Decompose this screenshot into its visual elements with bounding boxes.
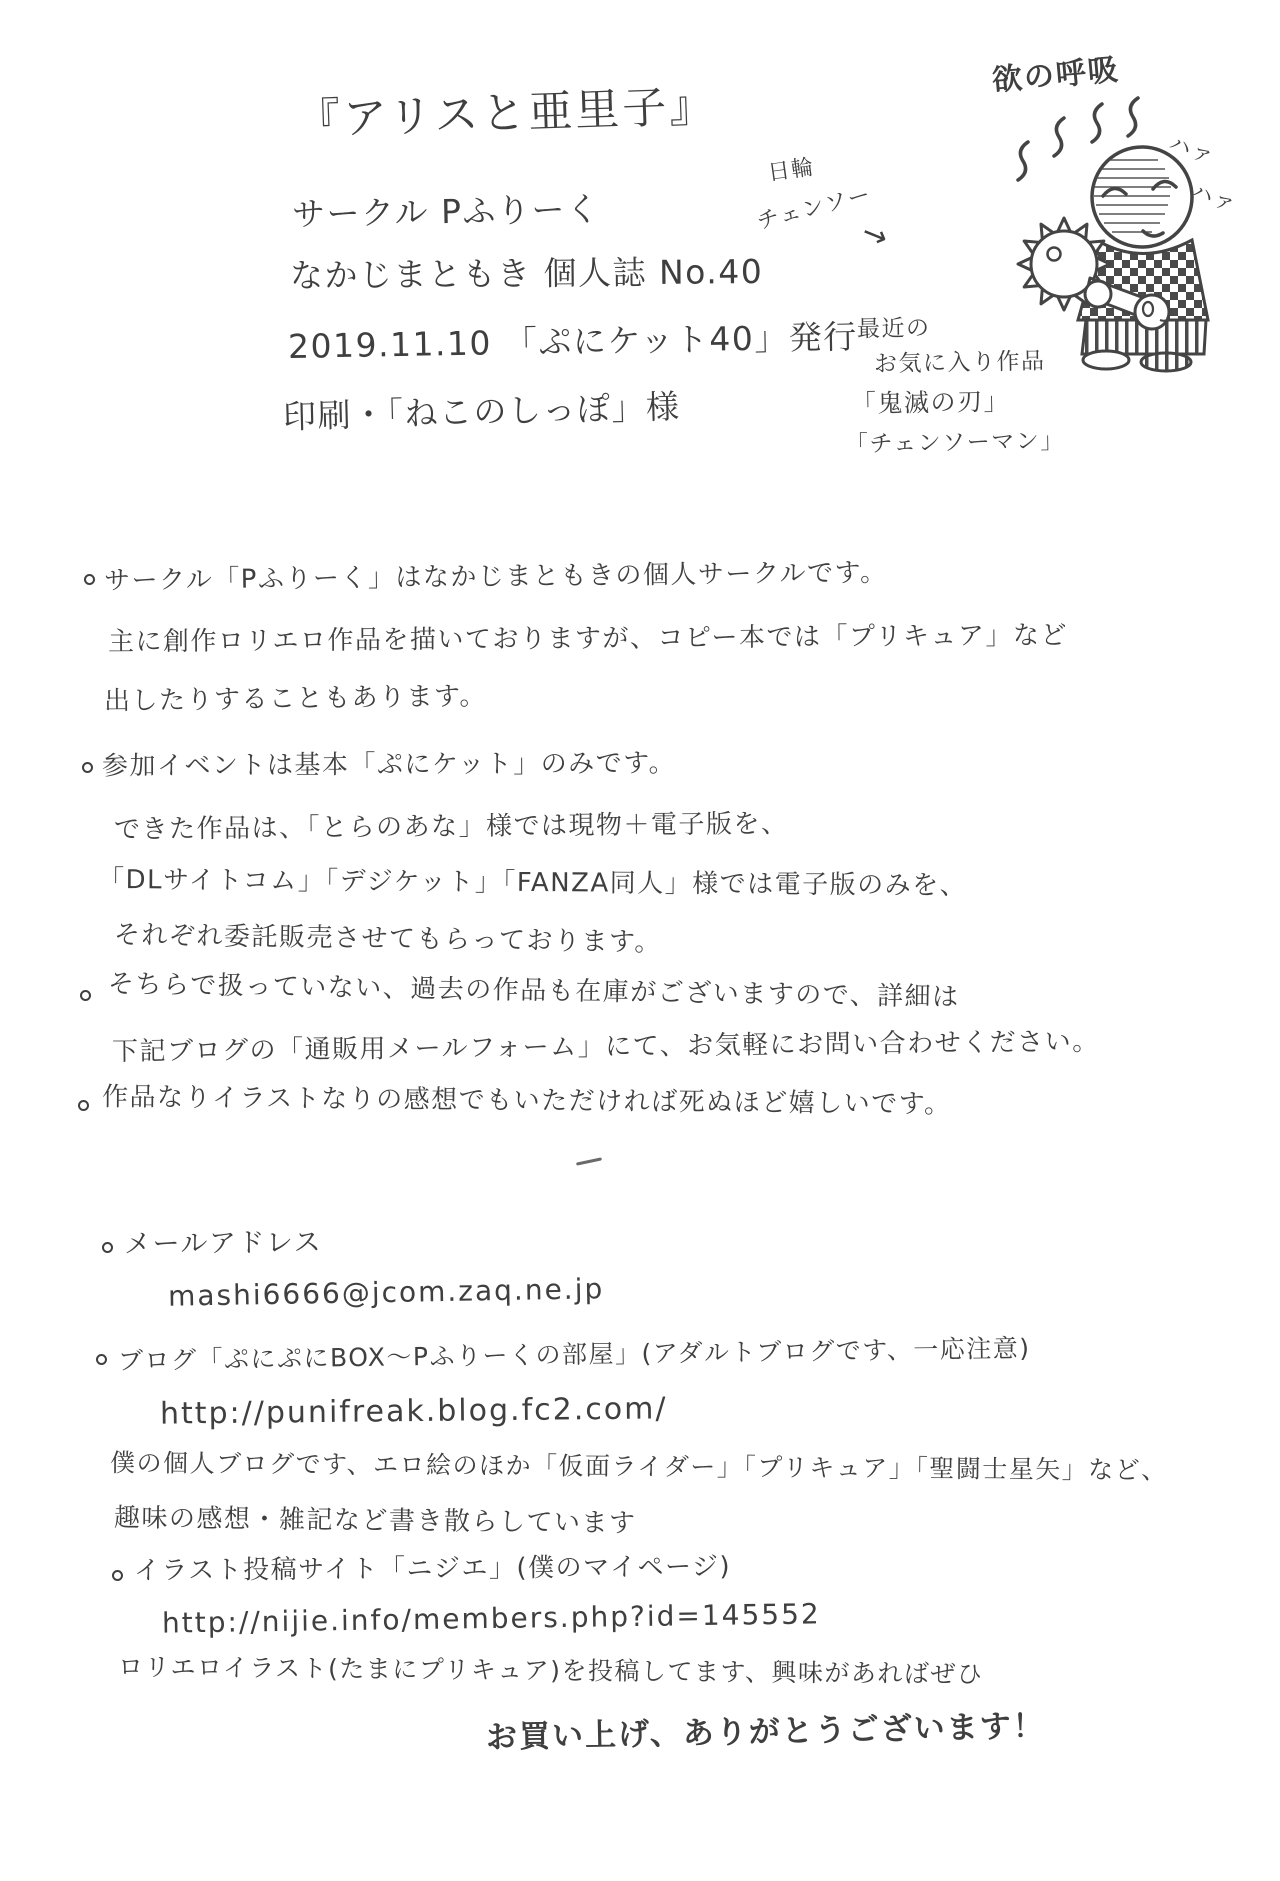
doodle-caption-line-4: 「チェンソーマン」	[845, 428, 1065, 459]
note-circle-intro-line-2: 主に創作ロリエロ作品を描いておりますが、コピー本では「プリキュア」など	[108, 621, 1068, 659]
illustration-site-label: イラスト投稿サイト「ニジエ」(僕のマイページ)	[134, 1552, 731, 1587]
doodle-caption-line-1: 最近の	[857, 315, 931, 344]
document-page: { "header": { "title": "『アリスと亜里子』", "cir…	[0, 0, 1280, 1881]
bullet-marker	[82, 762, 93, 773]
bullet-marker	[80, 990, 91, 1001]
email-address: mashi6666@jcom.zaq.ne.jp	[168, 1272, 605, 1313]
book-title: 『アリスと亜里子』	[295, 81, 717, 148]
blog-desc-line-2: 趣味の感想・雑記など書き散らしています	[114, 1503, 637, 1540]
bullet-marker	[96, 1354, 107, 1365]
thanks-message: お買い上げ、ありがとうございます！	[486, 1708, 1046, 1757]
note-stock-line-2: 下記ブログの「通販用メールフォーム」にて、お気軽にお問い合わせください。	[112, 1027, 1100, 1069]
bullet-marker	[102, 1242, 113, 1253]
note-stock-line-1: そちらで扱っていない、過去の作品も在庫がございますので、詳細は	[108, 969, 960, 1014]
note-events-line-4: それぞれ委託販売させてもらっております。	[114, 920, 662, 959]
blog-title: ブログ「ぷにぷにBOX〜Pふりーくの部屋」(アダルトブログです、一応注意)	[118, 1334, 1031, 1377]
doodle-chainsaw-label-1: 日輪	[766, 155, 816, 188]
blog-url: http://punifreak.blog.fc2.com/	[160, 1391, 668, 1432]
circle-name-line: サークル Pふりーく	[292, 189, 601, 234]
character-head	[1092, 147, 1192, 247]
note-events-line-2: できた作品は、「とらのあな」様では現物＋電子版を、	[114, 809, 789, 846]
illustration-site-url: http://nijie.info/members.php?id=145552	[162, 1597, 821, 1640]
note-circle-intro-line-3: 出したりすることもあります。	[104, 681, 487, 718]
bullet-marker	[112, 1570, 123, 1581]
bullet-marker	[78, 1100, 89, 1111]
publish-date-line: 2019.11.10 「ぷにケット40」発行	[288, 317, 858, 367]
doodle-caption-line-3: 「鬼滅の刃」	[851, 387, 1011, 420]
blog-desc-line-1: 僕の個人ブログです、エロ絵のほか「仮面ライダー」「プリキュア」「聖闘士星矢」など…	[110, 1448, 1168, 1485]
doodle-chainsaw-label-2: チェンソー	[755, 182, 875, 236]
chainsaw-character-drawing	[1002, 92, 1254, 374]
email-label: メールアドレス	[124, 1227, 322, 1261]
note-events-line-1: 参加イベントは基本「ぷにケット」のみです。	[102, 748, 676, 782]
stray-pencil-mark	[576, 1157, 602, 1165]
illustration-site-desc: ロリエロイラスト(たまにプリキュア)を投稿してます、興味があればぜひ	[118, 1652, 984, 1690]
bullet-marker	[84, 574, 95, 585]
arrow-icon: →	[856, 214, 894, 257]
note-events-line-3: 「DLサイトコム」「デジケット」「FANZA同人」様では電子版のみを、	[98, 865, 967, 902]
note-circle-intro-line-1: サークル「Pふりーく」はなかじまともきの個人サークルです。	[104, 558, 888, 597]
note-feedback-line: 作品なりイラストなりの感想でもいただければ死ぬほど嬉しいです。	[102, 1082, 952, 1121]
printer-line: 印刷・「ねこのしっぽ」様	[283, 387, 681, 437]
author-line: なかじまともき 個人誌 No.40	[290, 252, 764, 296]
